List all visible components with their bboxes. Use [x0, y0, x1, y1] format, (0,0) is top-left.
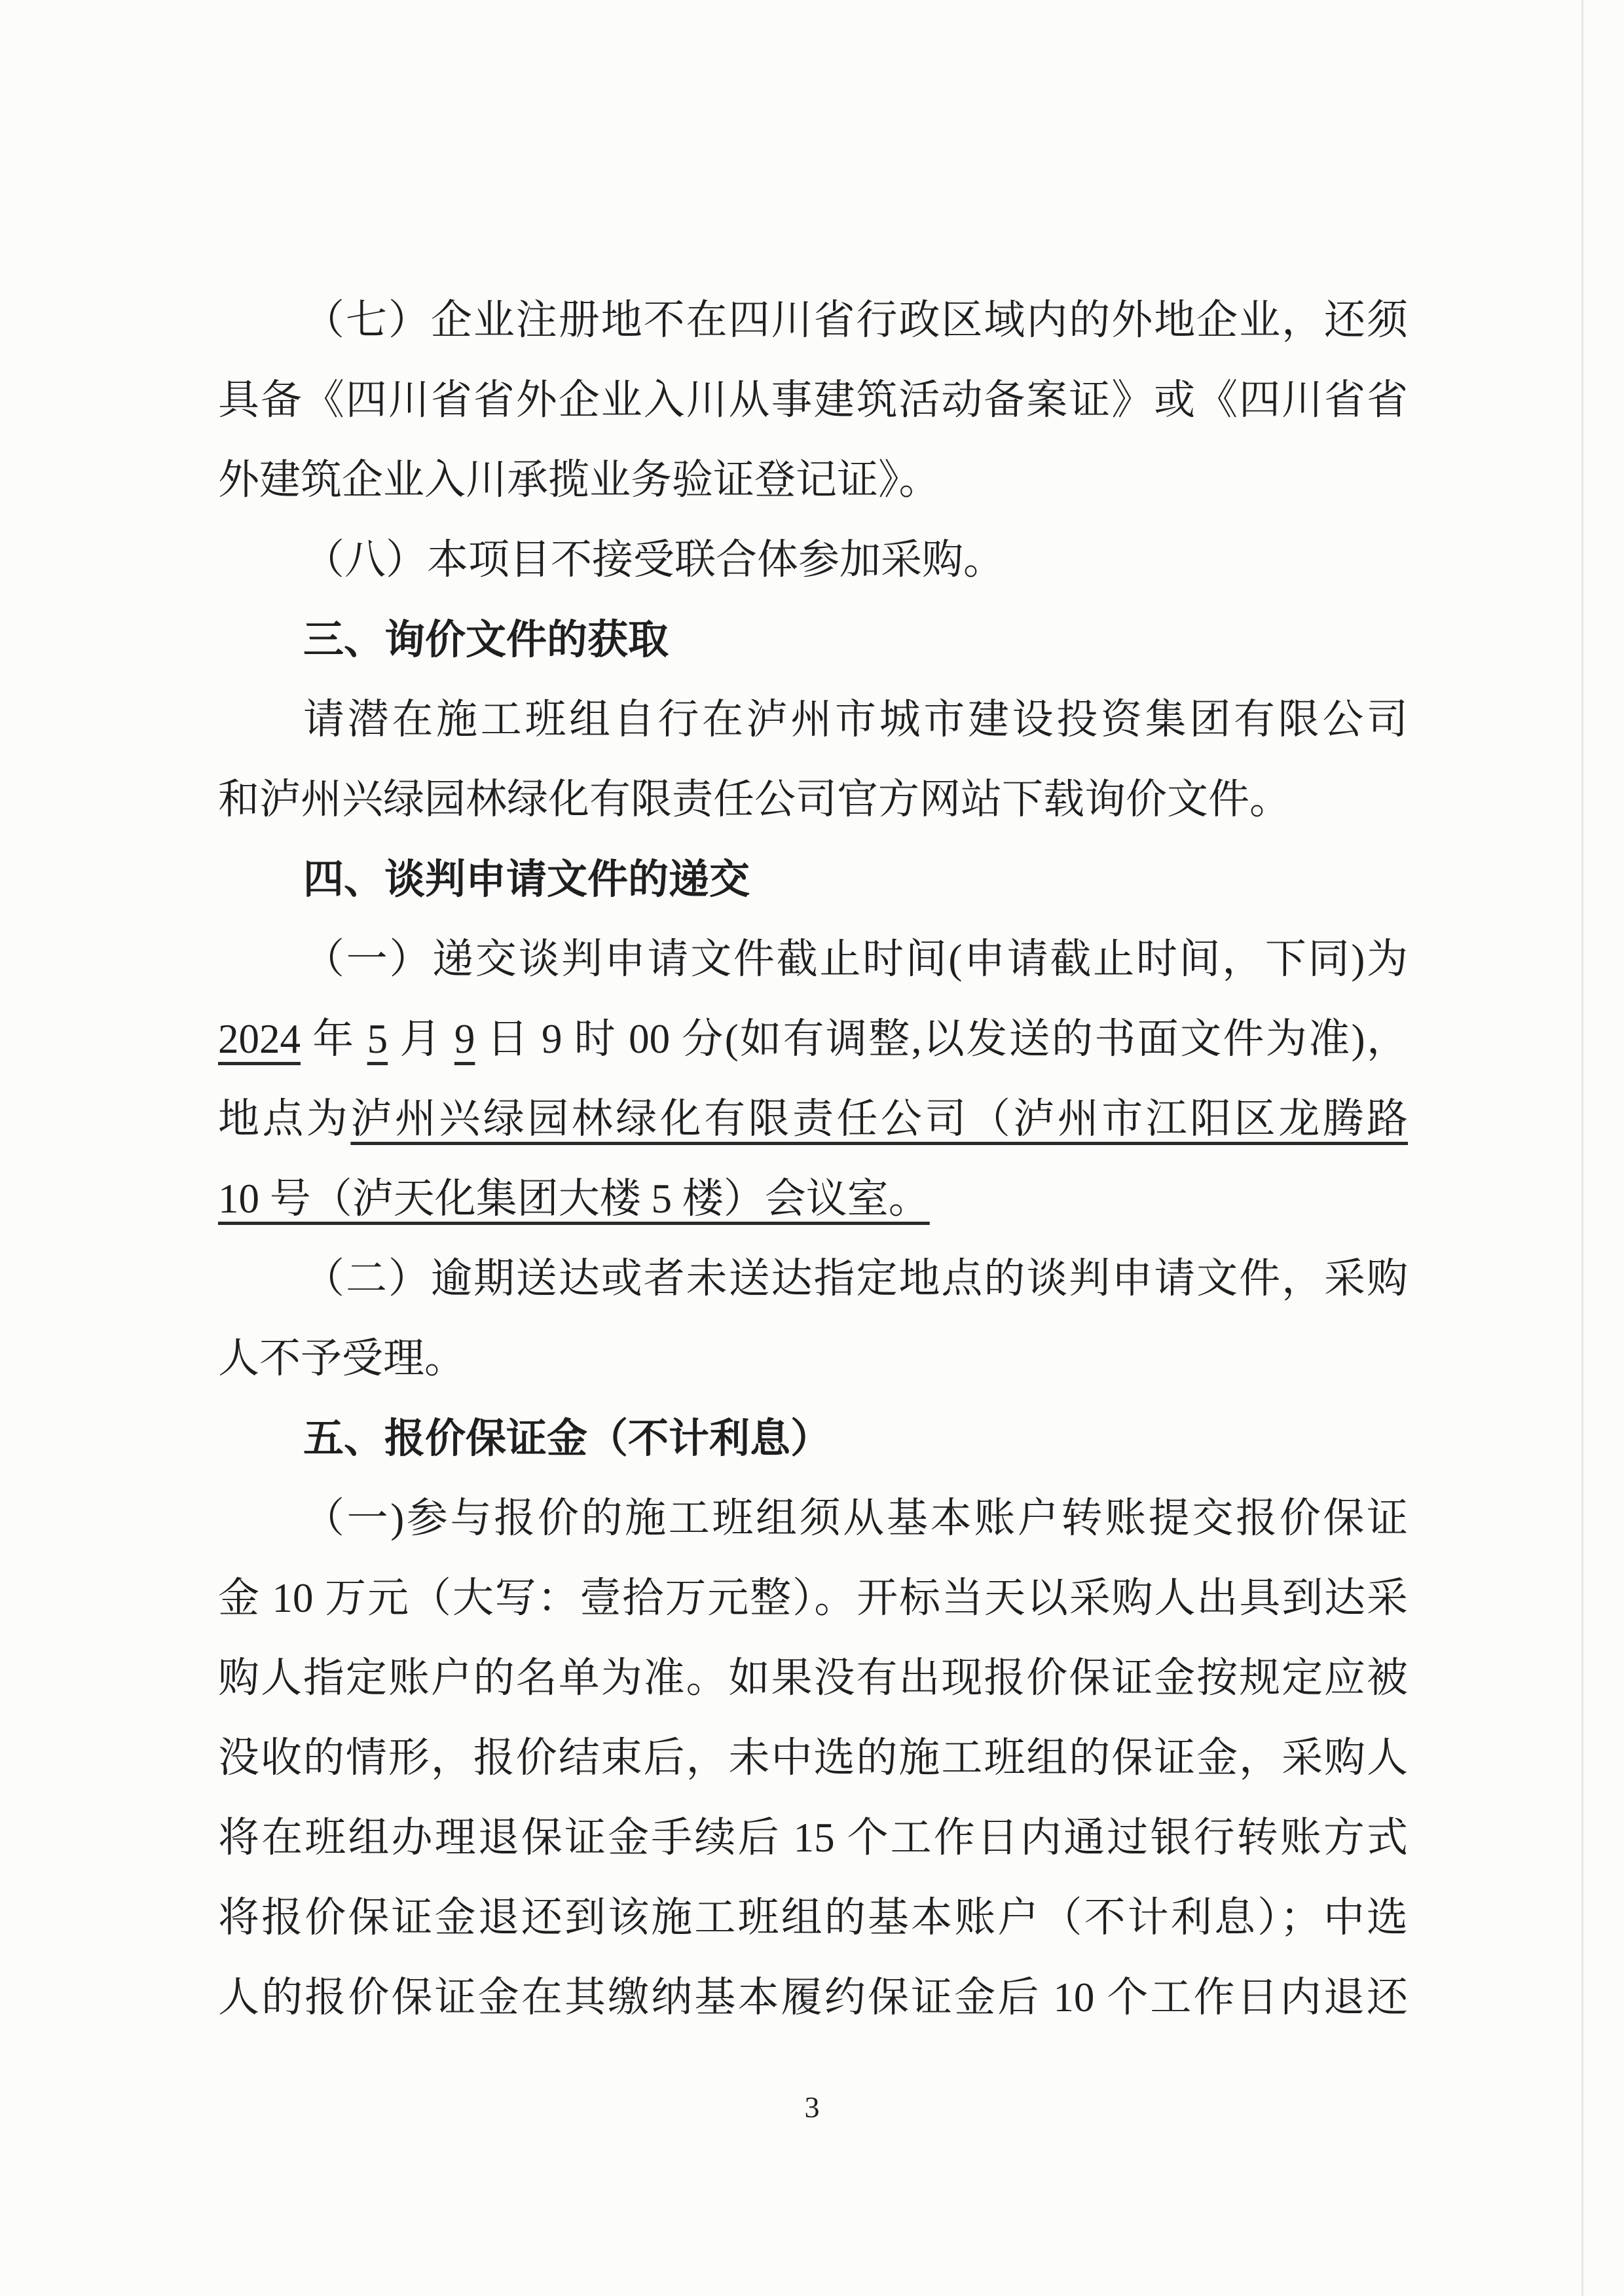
- text-segment: 请潜在施工班组自行在泸州市城市建设投资集团有限公司: [303, 697, 1408, 742]
- underlined-text: 泸州兴绿园林绿化有限责任公司（泸州市江阳区龙腾路: [350, 1096, 1408, 1142]
- text-segment: （一）递交谈判申请文件截止时间(申请截止时间，下同)为: [303, 936, 1408, 982]
- section-heading: 三、询价文件的获取: [218, 600, 1408, 680]
- paper-edge-shadow: [1581, 0, 1583, 2296]
- text-segment: （八）本项目不接受联合体参加采购。: [303, 537, 1005, 583]
- underlined-text: 2024: [218, 1016, 301, 1062]
- text-segment: 三、询价文件的获取: [303, 615, 669, 663]
- text-segment: 五、报价保证金（不计利息）: [303, 1414, 831, 1462]
- underlined-text: 10 号（泸天化集团大楼 5 楼）会议室。: [218, 1176, 930, 1222]
- document-body: （七）企业注册地不在四川省行政区域内的外地企业，还须具备《四川省省外企业入川从事…: [218, 280, 1408, 2037]
- text-line: 2024 年 5 月 9 日 9 时 00 分(如有调整,以发送的书面文件为准)…: [218, 999, 1408, 1079]
- text-line: （二）逾期送达或者未送达指定地点的谈判申请文件，采购: [218, 1239, 1408, 1319]
- text-line: （一)参与报价的施工班组须从基本账户转账提交报价保证: [218, 1478, 1408, 1558]
- text-segment: （七）企业注册地不在四川省行政区域内的外地企业，还须: [303, 297, 1408, 343]
- text-line: 地点为泸州兴绿园林绿化有限责任公司（泸州市江阳区龙腾路: [218, 1079, 1408, 1159]
- text-segment: 金 10 万元（大写：壹拾万元整）。开标当天以采购人出具到达采: [218, 1575, 1408, 1621]
- text-line: 将报价保证金退还到该施工班组的基本账户（不计利息）；中选: [218, 1878, 1408, 1958]
- text-line: 将在班组办理退保证金手续后 15 个工作日内通过银行转账方式: [218, 1798, 1408, 1878]
- text-line: 人不予受理。: [218, 1319, 1408, 1398]
- underlined-text: 9: [454, 1016, 475, 1062]
- text-segment: 将报价保证金退还到该施工班组的基本账户（不计利息）；中选: [218, 1895, 1408, 1941]
- text-segment: （二）逾期送达或者未送达指定地点的谈判申请文件，采购: [303, 1256, 1408, 1302]
- text-line: （七）企业注册地不在四川省行政区域内的外地企业，还须: [218, 280, 1408, 360]
- text-segment: 地点为: [218, 1096, 350, 1142]
- text-line: 人的报价保证金在其缴纳基本履约保证金后 10 个工作日内退还: [218, 1958, 1408, 2037]
- text-segment: 年: [301, 1016, 367, 1062]
- text-segment: 人不予受理。: [218, 1336, 466, 1381]
- text-line: （八）本项目不接受联合体参加采购。: [218, 520, 1408, 600]
- text-line: 10 号（泸天化集团大楼 5 楼）会议室。: [218, 1159, 1408, 1239]
- underlined-text: 5: [367, 1016, 388, 1062]
- text-segment: 外建筑企业入川承揽业务验证登记证》。: [218, 457, 940, 503]
- text-line: 没收的情形，报价结束后，未中选的施工班组的保证金，采购人: [218, 1718, 1408, 1798]
- text-segment: 日 9 时 00 分(如有调整,以发送的书面文件为准)，: [475, 1016, 1408, 1062]
- text-segment: 具备《四川省省外企业入川从事建筑活动备案证》或《四川省省: [218, 377, 1408, 423]
- scanned-document-page: （七）企业注册地不在四川省行政区域内的外地企业，还须具备《四川省省外企业入川从事…: [0, 0, 1624, 2296]
- text-line: 和泸州兴绿园林绿化有限责任公司官方网站下载询价文件。: [218, 759, 1408, 839]
- text-segment: 四、谈判申请文件的递交: [303, 855, 750, 903]
- text-line: 金 10 万元（大写：壹拾万元整）。开标当天以采购人出具到达采: [218, 1558, 1408, 1638]
- text-line: （一）递交谈判申请文件截止时间(申请截止时间，下同)为: [218, 919, 1408, 999]
- section-heading: 四、谈判申请文件的递交: [218, 839, 1408, 919]
- text-segment: 人的报价保证金在其缴纳基本履约保证金后 10 个工作日内退还: [218, 1975, 1408, 2020]
- text-segment: 没收的情形，报价结束后，未中选的施工班组的保证金，采购人: [218, 1735, 1408, 1781]
- text-line: 购人指定账户的名单为准。如果没有出现报价保证金按规定应被: [218, 1638, 1408, 1718]
- text-segment: 月: [388, 1016, 454, 1062]
- section-heading: 五、报价保证金（不计利息）: [218, 1398, 1408, 1478]
- text-segment: 将在班组办理退保证金手续后 15 个工作日内通过银行转账方式: [218, 1815, 1408, 1861]
- text-line: 具备《四川省省外企业入川从事建筑活动备案证》或《四川省省: [218, 360, 1408, 440]
- text-segment: （一)参与报价的施工班组须从基本账户转账提交报价保证: [303, 1495, 1408, 1541]
- text-line: 外建筑企业入川承揽业务验证登记证》。: [218, 440, 1408, 520]
- text-segment: 购人指定账户的名单为准。如果没有出现报价保证金按规定应被: [218, 1655, 1408, 1701]
- text-line: 请潜在施工班组自行在泸州市城市建设投资集团有限公司: [218, 680, 1408, 759]
- text-segment: 和泸州兴绿园林绿化有限责任公司官方网站下载询价文件。: [218, 776, 1291, 822]
- page-number: 3: [0, 2090, 1624, 2124]
